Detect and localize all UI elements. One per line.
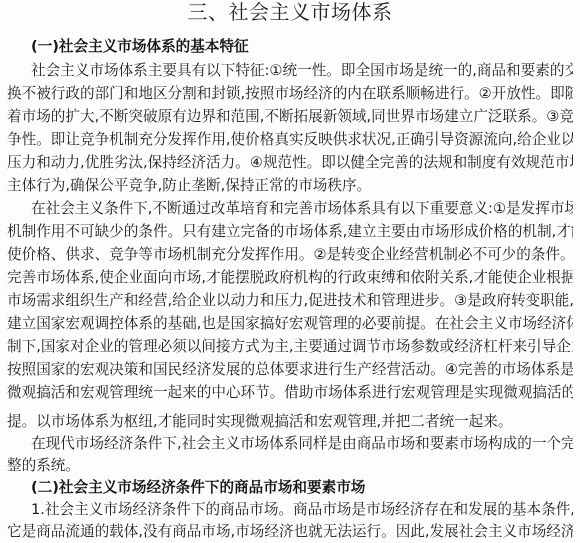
text-line: 着市场的扩大,不断突破原有边界和范围,不断拓展新领域,同世界市场建立广泛联系。③… [7, 107, 573, 127]
text-line: 在社会主义条件下,不断通过改革培育和完善市场体系具有以下重要意义:①是发挥市场 [31, 199, 573, 219]
text-line: 提。以市场体系为枢纽,才能同时实现微观搞活和宏观管理,并把二者统一起来。 [7, 412, 573, 432]
text-line: 争性。即让竞争机制充分发挥作用,使价格真实反映供求状况,正确引导资源流向,给企业… [7, 130, 573, 150]
text-line: 1.社会主义市场经济条件下的商品市场。商品市场是市场经济存在和发展的基本条件, [31, 500, 573, 520]
text-line: 在现代市场经济条件下,社会主义市场体系同样是由商品市场和要素市场构成的一个完 [31, 434, 573, 454]
text-line: 制下,国家对企业的管理必须以间接方式为主,主要通过调节市场参数或经济杠杆来引导企… [7, 337, 573, 357]
text-line: 机制作用不可缺少的条件。只有建立完备的市场体系,建立主要由市场形成价格的机制,才… [7, 222, 573, 242]
section-heading-2: (二)社会主义市场经济条件下的商品市场和要素市场 [31, 478, 365, 498]
text-line: 它是商品流通的载体,没有商品市场,市场经济也就无法运行。因此,发展社会主义市场经… [7, 522, 573, 542]
text-line: 使价格、供求、竞争等市场机制充分发挥作用。②是转变企业经营机制必不可少的条件。只… [7, 245, 573, 265]
text-line: 主体行为,确保公平竞争,防止垄断,保持正常的市场秩序。 [7, 176, 573, 196]
page-title: 三、社会主义市场体系 [0, 0, 580, 24]
text-line: 压力和动力,优胜劣汰,保持经济活力。④规范性。即以健全完善的法规和制度有效规范市… [7, 153, 573, 173]
text-line: 社会主义市场体系主要具有以下特征:①统一性。即全国市场是统一的,商品和要素的交 [31, 61, 573, 81]
document-page: 三、社会主义市场体系 (一)社会主义市场体系的基本特征 社会主义市场体系主要具有… [0, 0, 580, 543]
text-line: 微观搞活和宏观管理统一起来的中心环节。借助市场体系进行宏观管理是实现微观搞活的前 [7, 383, 573, 403]
text-line: 换不被行政的部门和地区分割和封锁,按照市场经济的内在联系顺畅进行。②开放性。即随 [7, 84, 573, 104]
section-heading-1: (一)社会主义市场体系的基本特征 [31, 37, 249, 57]
text-line: 整的系统。 [7, 456, 573, 476]
text-line: 完善市场体系,使企业面向市场,才能摆脱政府机构的行政束缚和依附关系,才能使企业根… [7, 268, 573, 288]
text-line: 市场需求组织生产和经营,给企业以动力和压力,促进技术和管理进步。③是政府转变职能… [7, 291, 573, 311]
text-line: 按照国家的宏观决策和国民经济发展的总体要求进行生产经营活动。④完善的市场体系是把 [7, 360, 573, 380]
text-line: 建立国家宏观调控体系的基础,也是国家搞好宏观管理的必要前提。在社会主义市场经济体 [7, 314, 573, 334]
